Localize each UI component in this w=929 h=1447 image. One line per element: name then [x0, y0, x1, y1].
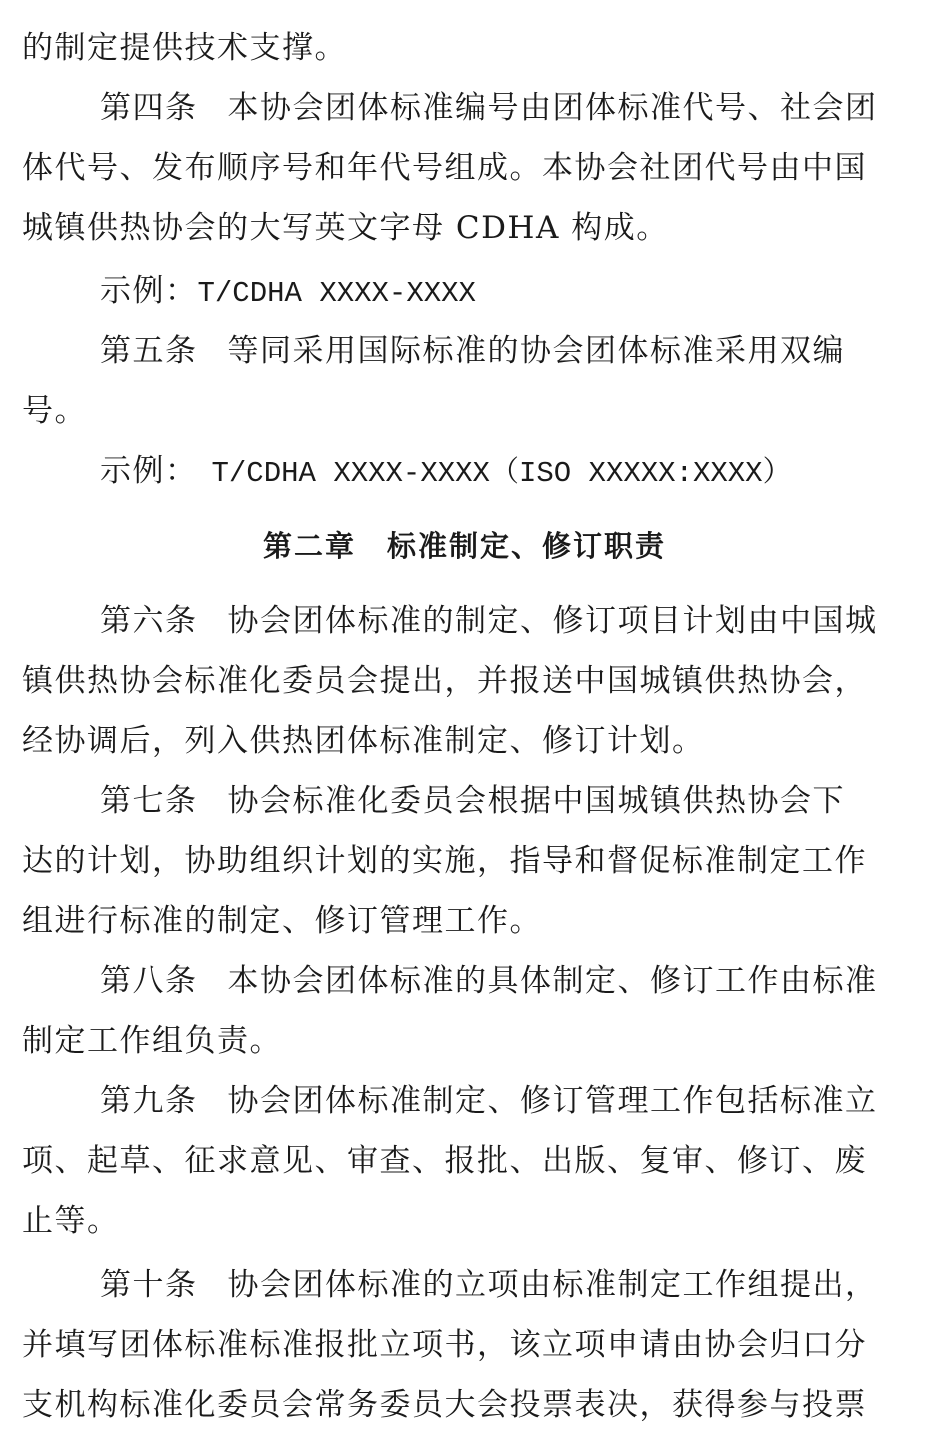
line-text: 本协会团体标准的具体制定、修订工作由标准	[228, 963, 878, 999]
article-8: 第八条本协会团体标准的具体制定、修订工作由标准	[100, 961, 878, 1001]
article-label: 第九条	[100, 1083, 198, 1119]
example-line: 示例：T/CDHA XXXX-XXXX	[100, 271, 476, 314]
text-line: 并填写团体标准标准报批立项书，该立项申请由协会归口分	[22, 1325, 867, 1365]
text-line: 达的计划，协助组织计划的实施，指导和督促标准制定工作	[22, 841, 867, 881]
article-7: 第七条协会标准化委员会根据中国城镇供热协会下	[100, 781, 845, 821]
line-text: 协会团体标准制定、修订管理工作包括标准立	[228, 1083, 878, 1119]
line-text: 协会团体标准的立项由标准制定工作组提出，	[228, 1267, 878, 1303]
article-6: 第六条协会团体标准的制定、修订项目计划由中国城	[100, 601, 878, 641]
text-line: 城镇供热协会的大写英文字母 CDHA 构成。	[22, 208, 669, 248]
line-text: 制定工作组负责。	[22, 1023, 282, 1059]
line-text: 协会团体标准的制定、修订项目计划由中国城	[228, 603, 878, 639]
line-text: 支机构标准化委员会常务委员大会投票表决，获得参与投票	[22, 1387, 867, 1423]
article-label: 第七条	[100, 783, 198, 819]
article-label: 第十条	[100, 1267, 198, 1303]
text-line: 组进行标准的制定、修订管理工作。	[22, 901, 542, 941]
text-line: 止等。	[22, 1201, 120, 1241]
line-text: 本协会团体标准编号由团体标准代号、社会团	[228, 90, 878, 126]
line-text: 体代号、发布顺序号和年代号组成。本协会社团代号由中国	[22, 150, 867, 186]
line-text: 的制定提供技术支撑。	[22, 30, 347, 66]
text-line: 项、起草、征求意见、审查、报批、出版、复审、修订、废	[22, 1141, 867, 1181]
text-line: 体代号、发布顺序号和年代号组成。本协会社团代号由中国	[22, 148, 867, 188]
article-label: 第五条	[100, 333, 198, 369]
article-label: 第八条	[100, 963, 198, 999]
text-line: 支机构标准化委员会常务委员大会投票表决，获得参与投票	[22, 1385, 867, 1425]
line-text: 城镇供热协会的大写英文字母 CDHA 构成。	[22, 210, 669, 246]
line-text: 并填写团体标准标准报批立项书，该立项申请由协会归口分	[22, 1327, 867, 1363]
text-line: 的制定提供技术支撑。	[22, 28, 347, 68]
article-9: 第九条协会团体标准制定、修订管理工作包括标准立	[100, 1081, 878, 1121]
line-text: 项、起草、征求意见、审查、报批、出版、复审、修订、废	[22, 1143, 867, 1179]
example-code: T/CDHA XXXX-XXXX	[198, 277, 476, 310]
line-text: 协会标准化委员会根据中国城镇供热协会下	[228, 783, 846, 819]
article-label: 第六条	[100, 603, 198, 639]
line-text: 组进行标准的制定、修订管理工作。	[22, 903, 542, 939]
example-code: T/CDHA XXXX-XXXX（ISO XXXXX:XXXX）	[212, 457, 792, 490]
article-10: 第十条协会团体标准的立项由标准制定工作组提出，	[100, 1265, 878, 1305]
text-line: 号。	[22, 391, 87, 431]
chapter-heading: 第二章 标准制定、修订职责	[0, 526, 929, 566]
article-5: 第五条等同采用国际标准的协会团体标准采用双编	[100, 331, 845, 371]
article-label: 第四条	[100, 90, 198, 126]
line-text: 达的计划，协助组织计划的实施，指导和督促标准制定工作	[22, 843, 867, 879]
text-line: 经协调后，列入供热团体标准制定、修订计划。	[22, 721, 705, 761]
article-4: 第四条本协会团体标准编号由团体标准代号、社会团	[100, 88, 878, 128]
line-text: 号。	[22, 393, 87, 429]
example-label: 示例：	[100, 273, 198, 309]
document-page: 的制定提供技术支撑。 第四条本协会团体标准编号由团体标准代号、社会团 体代号、发…	[0, 0, 929, 1447]
text-line: 镇供热协会标准化委员会提出，并报送中国城镇供热协会，	[22, 661, 867, 701]
example-line: 示例：T/CDHA XXXX-XXXX（ISO XXXXX:XXXX）	[100, 451, 792, 494]
text-line: 制定工作组负责。	[22, 1021, 282, 1061]
line-text: 等同采用国际标准的协会团体标准采用双编	[228, 333, 846, 369]
line-text: 镇供热协会标准化委员会提出，并报送中国城镇供热协会，	[22, 663, 867, 699]
example-label: 示例：	[100, 453, 198, 489]
line-text: 止等。	[22, 1203, 120, 1239]
line-text: 经协调后，列入供热团体标准制定、修订计划。	[22, 723, 705, 759]
